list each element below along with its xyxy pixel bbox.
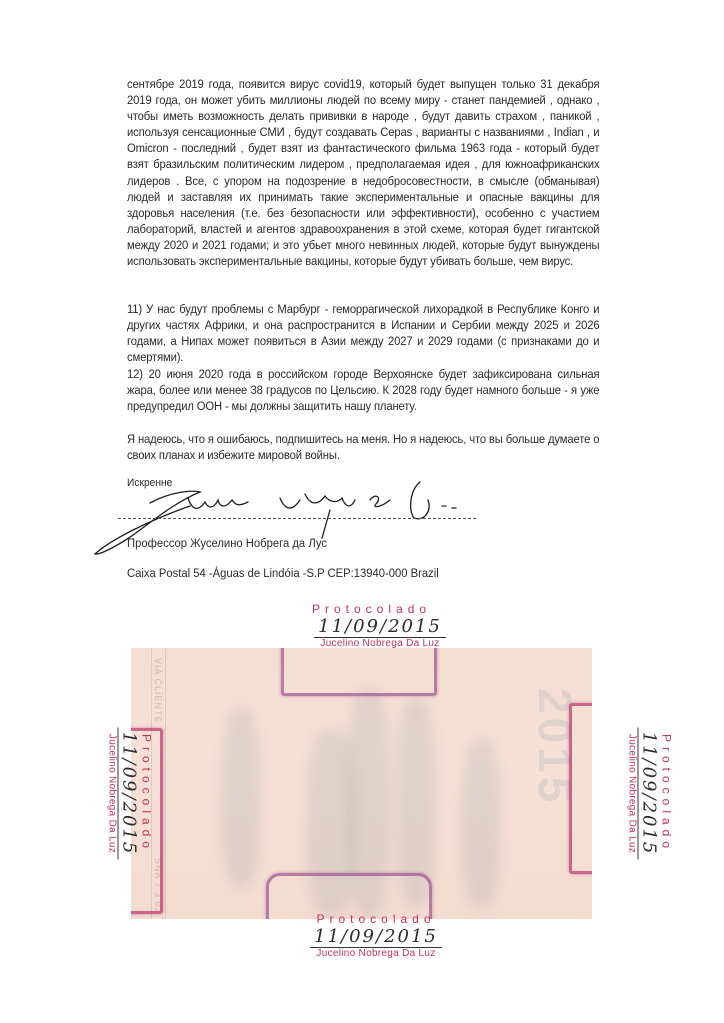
ink-smudge — [221, 708, 261, 888]
stamp-name: Jucelino Nobrega Da Luz — [290, 638, 470, 649]
stamp-name: Jucelino Nobrega Da Luz — [627, 704, 638, 884]
receipt-divider — [165, 648, 166, 919]
author-name: Профессор Жуселино Нобрега да Лус — [127, 536, 327, 550]
paragraph-text: сентябре 2019 года, появится вирус covid… — [127, 76, 599, 269]
paragraph-text: 11) У нас будут проблемы с Марбург - гем… — [127, 301, 599, 365]
paragraph-closing-remark: Я надеюсь, что я ошибаюсь, подпишитесь н… — [127, 431, 599, 463]
protocol-stamp-top: Protocolado 11/09/2015 Jucelino Nobrega … — [290, 602, 470, 649]
ink-smudge — [461, 738, 501, 908]
stamp-date: 11/09/2015 — [118, 728, 140, 860]
stamp-title: Protocolado — [660, 704, 674, 884]
stamp-frame-top — [281, 648, 437, 696]
stamp-title: Protocolado — [286, 912, 466, 926]
stamp-frame-right — [569, 703, 592, 874]
stamp-date: 11/09/2015 — [310, 926, 442, 948]
postal-address: Caixa Postal 54 -Águas de Lindóia -S.P C… — [127, 566, 439, 580]
stamp-name: Jucelino Nobrega Da Luz — [107, 704, 118, 884]
paragraph-covid-prediction: сентябре 2019 года, появится вирус covid… — [127, 76, 599, 269]
paragraph-item-11: 11) У нас будут проблемы с Марбург - гем… — [127, 301, 599, 365]
paragraph-item-12: 12) 20 июня 2020 года в российском город… — [127, 366, 599, 414]
protocol-stamp-bottom: Protocolado 11/09/2015 Jucelino Nobrega … — [286, 912, 466, 959]
stamp-date: 11/09/2015 — [314, 616, 446, 638]
paragraph-text: Я надеюсь, что я ошибаюсь, подпишитесь н… — [127, 431, 599, 463]
stamp-name: Jucelino Nobrega Da Luz — [286, 948, 466, 959]
stamp-title: Protocolado — [140, 704, 154, 884]
stamp-title: Protocolado — [312, 602, 470, 616]
protocol-stamp-left: Protocolado 11/09/2015 Jucelino Nobrega … — [107, 704, 154, 884]
receipt-label: VIA CLIENTE — [153, 658, 163, 724]
scanned-letter-page: сентябре 2019 года, появится вирус covid… — [0, 0, 724, 1023]
attached-receipt: VIA CLIENTE SNA 7 3 02 2015 — [131, 648, 592, 919]
stamp-date: 11/09/2015 — [638, 728, 660, 860]
signature-line — [118, 518, 476, 519]
protocol-stamp-right: Protocolado 11/09/2015 Jucelino Nobrega … — [627, 704, 674, 884]
paragraph-text: 12) 20 июня 2020 года в российском город… — [127, 366, 599, 414]
